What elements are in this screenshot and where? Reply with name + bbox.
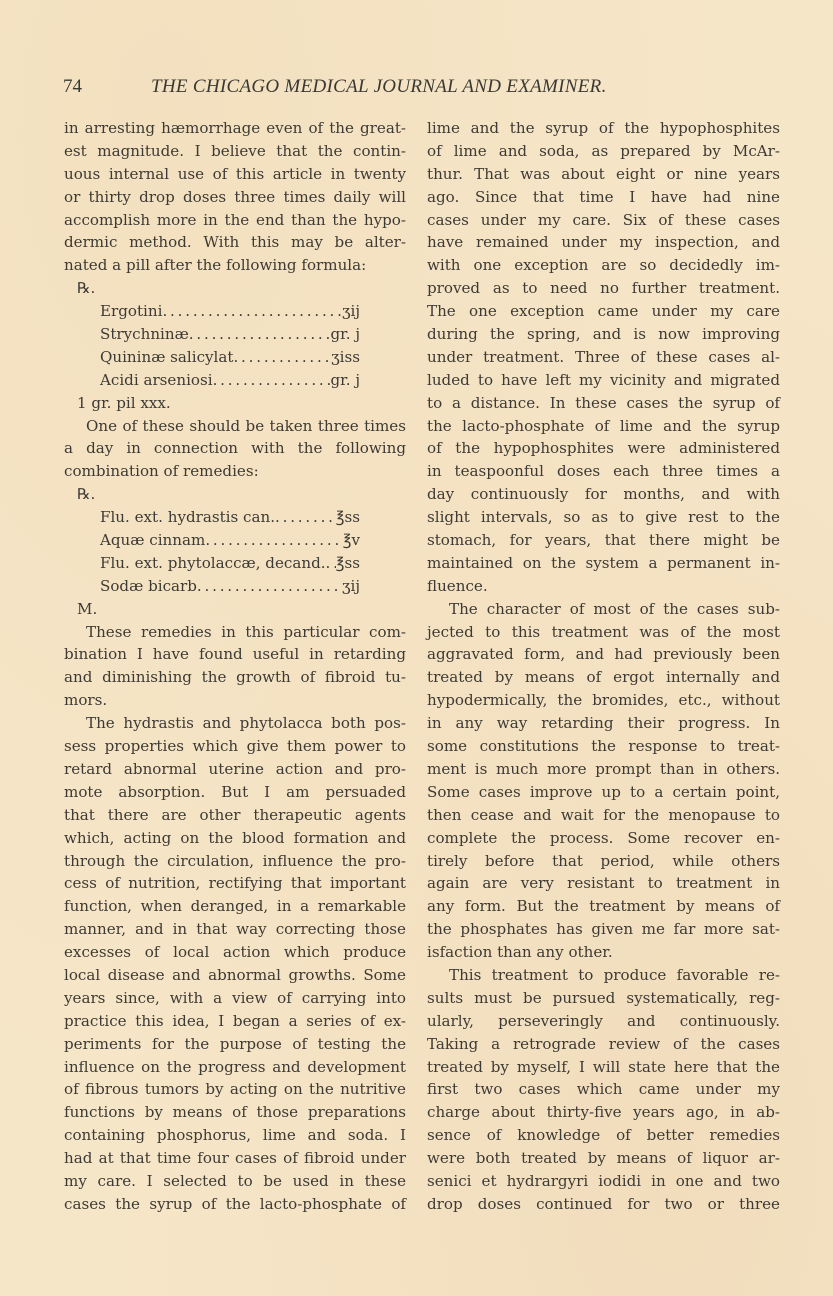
text-line: proved as to need no further treatment. — [427, 277, 780, 300]
text-line: charge about thirty-five years ago, in a… — [427, 1101, 780, 1124]
text-line: maintained on the system a permanent in- — [427, 552, 780, 575]
text-line: manner, and in that way correcting those — [64, 918, 406, 941]
text-line: in teaspoonful doses each three times a — [427, 460, 780, 483]
text-line: ularly, perseveringly and continuously. — [427, 1010, 780, 1033]
text-line: sults must be pursued systematically, re… — [427, 987, 780, 1010]
text-line: day continuously for months, and with — [427, 483, 780, 506]
text-line: uous internal use of this article in twe… — [64, 163, 406, 186]
ingredient-dose: gr. j — [331, 323, 361, 346]
text-line: influence on the progress and developmen… — [64, 1056, 406, 1079]
text-line: slight intervals, so as to give rest to … — [427, 506, 780, 529]
text-line: retard abnormal uterine action and pro- — [64, 758, 406, 781]
text-line: stomach, for years, that there might be — [427, 529, 780, 552]
ingredient-name: Acidi arseniosi — [100, 369, 213, 392]
text-line: treated by myself, I will state here tha… — [427, 1056, 780, 1079]
leader-dots — [205, 529, 342, 552]
paragraph: The character of most of the cases sub- … — [427, 598, 780, 964]
text-line: tirely before that period, while others — [427, 850, 780, 873]
text-line: Some cases improve up to a certain point… — [427, 781, 780, 804]
text-line: local disease and abnormal growths. Some — [64, 964, 406, 987]
text-line: lime and the syrup of the hypophosphites — [427, 117, 780, 140]
text-line: senici et hydrargyri iodidi in one and t… — [427, 1170, 780, 1193]
prescription-item: Acidi arseniosi gr. j — [64, 369, 360, 392]
text-line: with one exception are so decidedly im- — [427, 254, 780, 277]
ingredient-dose: ʒij — [342, 300, 360, 323]
text-line: The hydrastis and phytolacca both pos- — [64, 712, 406, 735]
paragraph: in arresting hæmorrhage even of the grea… — [64, 117, 406, 277]
ingredient-dose: ℥ss — [336, 506, 360, 529]
paragraph: lime and the syrup of the hypophosphites… — [427, 117, 780, 598]
ingredient-name: Strychninæ — [100, 323, 189, 346]
text-line: luded to have left my vicinity and migra… — [427, 369, 780, 392]
text-line: and diminishing the growth of fibroid tu… — [64, 666, 406, 689]
ingredient-name: Sodæ bicarb — [100, 575, 197, 598]
ingredient-name: Flu. ext. phytolaccæ, decand. — [100, 552, 326, 575]
text-line: some constitutions the response to treat… — [427, 735, 780, 758]
text-line: The one exception came under my care — [427, 300, 780, 323]
text-line: These remedies in this particular com- — [64, 621, 406, 644]
prescription-item: Strychninæ gr. j — [64, 323, 360, 346]
text-line: sess properties which give them power to — [64, 735, 406, 758]
paragraph: One of these should be taken three times… — [64, 415, 406, 484]
text-line: first two cases which came under my — [427, 1078, 780, 1101]
text-line: through the circulation, influence the p… — [64, 850, 406, 873]
prescription-item: Flu. ext. phytolaccæ, decand. ℥ss — [64, 552, 360, 575]
running-title: THE CHICAGO MEDICAL JOURNAL AND EXAMINER… — [151, 76, 607, 98]
text-line: This treatment to produce favorable re- — [427, 964, 780, 987]
text-line: the lacto-phosphate of lime and the syru… — [427, 415, 780, 438]
prescription-2: ℞. Flu. ext. hydrastis can. ℥ss Aquæ cin… — [64, 483, 406, 620]
prescription-item: Ergotini ʒij — [64, 300, 360, 323]
leader-dots — [162, 300, 342, 323]
text-line: that there are other therapeutic agents — [64, 804, 406, 827]
text-line: in any way retarding their progress. In — [427, 712, 780, 735]
text-line: One of these should be taken three times — [64, 415, 406, 438]
prescription-item: Quininæ salicylat ʒiss — [64, 346, 360, 369]
text-line: cases under my care. Six of these cases — [427, 209, 780, 232]
text-line: during the spring, and is now improving — [427, 323, 780, 346]
text-line: to a distance. In these cases the syrup … — [427, 392, 780, 415]
text-line: periments for the purpose of testing the — [64, 1033, 406, 1056]
text-line: the phosphates has given me far more sat… — [427, 918, 780, 941]
text-line: complete the process. Some recover en- — [427, 827, 780, 850]
text-line: functions by means of those preparations — [64, 1101, 406, 1124]
text-line: isfaction than any other. — [427, 941, 780, 964]
leader-dots — [233, 346, 331, 369]
text-line: mors. — [64, 689, 406, 712]
text-line: practice this idea, I began a series of … — [64, 1010, 406, 1033]
ingredient-dose: gr. j — [331, 369, 361, 392]
prescription-1: ℞. Ergotini ʒij Strychninæ gr. j Quininæ… — [64, 277, 406, 414]
ingredient-dose: ℥v — [343, 529, 360, 552]
text-line: dermic method. With this may be alter- — [64, 231, 406, 254]
text-line: bination I have found useful in retardin… — [64, 643, 406, 666]
text-line: est magnitude. I believe that the contin… — [64, 140, 406, 163]
text-line: drop doses continued for two or three — [427, 1193, 780, 1216]
text-line: treated by means of ergot internally and — [427, 666, 780, 689]
prescription-item: Flu. ext. hydrastis can. ℥ss — [64, 506, 360, 529]
text-line: which, acting on the blood formation and — [64, 827, 406, 850]
ingredient-name: Quininæ salicylat — [100, 346, 233, 369]
text-line: cess of nutrition, rectifying that impor… — [64, 872, 406, 895]
text-line: nated a pill after the following formula… — [64, 254, 406, 277]
paragraph: These remedies in this particular com- b… — [64, 621, 406, 713]
text-line: have remained under my inspection, and — [427, 231, 780, 254]
prescription-note: 1 gr. pil xxx. — [64, 392, 406, 415]
text-line: accomplish more in the end than the hypo… — [64, 209, 406, 232]
page-number: 74 — [63, 76, 82, 98]
text-line: of the hypophosphites were administered — [427, 437, 780, 460]
leader-dots — [197, 575, 342, 598]
ingredient-name: Flu. ext. hydrastis can. — [100, 506, 275, 529]
ingredient-dose: ʒij — [342, 575, 360, 598]
text-line: thur. That was about eight or nine years — [427, 163, 780, 186]
text-line: any form. But the treatment by means of — [427, 895, 780, 918]
paragraph: This treatment to produce favorable re- … — [427, 964, 780, 1216]
paragraph: The hydrastis and phytolacca both pos- s… — [64, 712, 406, 1216]
text-line: containing phosphorus, lime and soda. I — [64, 1124, 406, 1147]
text-line: cases the syrup of the lacto-phosphate o… — [64, 1193, 406, 1216]
text-line: years since, with a view of carrying int… — [64, 987, 406, 1010]
text-line: function, when deranged, in a remarkable — [64, 895, 406, 918]
recipe-symbol: ℞. — [64, 277, 406, 300]
leader-dots — [326, 552, 336, 575]
text-line: were both treated by means of liquor ar- — [427, 1147, 780, 1170]
prescription-item: Aquæ cinnam ℥v — [64, 529, 360, 552]
text-line: then cease and wait for the menopause to — [427, 804, 780, 827]
text-line: excesses of local action which produce — [64, 941, 406, 964]
text-line: combination of remedies: — [64, 460, 406, 483]
text-line: Taking a retrograde review of the cases — [427, 1033, 780, 1056]
ingredient-dose: ℥ss — [336, 552, 360, 575]
leader-dots — [213, 369, 331, 392]
recipe-symbol: ℞. — [64, 483, 406, 506]
ingredient-name: Ergotini — [100, 300, 162, 323]
text-line: jected to this treatment was of the most — [427, 621, 780, 644]
leader-dots — [275, 506, 336, 529]
left-column: in arresting hæmorrhage even of the grea… — [64, 117, 406, 1216]
text-line: aggravated form, and had previously been — [427, 643, 780, 666]
text-line: The character of most of the cases sub- — [427, 598, 780, 621]
running-header: 74 THE CHICAGO MEDICAL JOURNAL AND EXAMI… — [63, 76, 783, 100]
text-line: of fibrous tumors by acting on the nutri… — [64, 1078, 406, 1101]
text-line: hypodermically, the bromides, etc., with… — [427, 689, 780, 712]
text-line: again are very resistant to treatment in — [427, 872, 780, 895]
leader-dots — [189, 323, 331, 346]
prescription-note: M. — [64, 598, 406, 621]
text-line: mote absorption. But I am persuaded — [64, 781, 406, 804]
text-line: of lime and soda, as prepared by McAr- — [427, 140, 780, 163]
text-line: ago. Since that time I have had nine — [427, 186, 780, 209]
ingredient-name: Aquæ cinnam — [100, 529, 205, 552]
text-line: in arresting hæmorrhage even of the grea… — [64, 117, 406, 140]
text-line: a day in connection with the following — [64, 437, 406, 460]
text-line: my care. I selected to be used in these — [64, 1170, 406, 1193]
text-line: or thirty drop doses three times daily w… — [64, 186, 406, 209]
prescription-item: Sodæ bicarb ʒij — [64, 575, 360, 598]
text-line: had at that time four cases of fibroid u… — [64, 1147, 406, 1170]
text-line: under treatment. Three of these cases al… — [427, 346, 780, 369]
text-line: fluence. — [427, 575, 780, 598]
ingredient-dose: ʒiss — [331, 346, 360, 369]
right-column: lime and the syrup of the hypophosphites… — [427, 117, 780, 1216]
text-line: sence of knowledge of better remedies — [427, 1124, 780, 1147]
text-line: ment is much more prompt than in others. — [427, 758, 780, 781]
